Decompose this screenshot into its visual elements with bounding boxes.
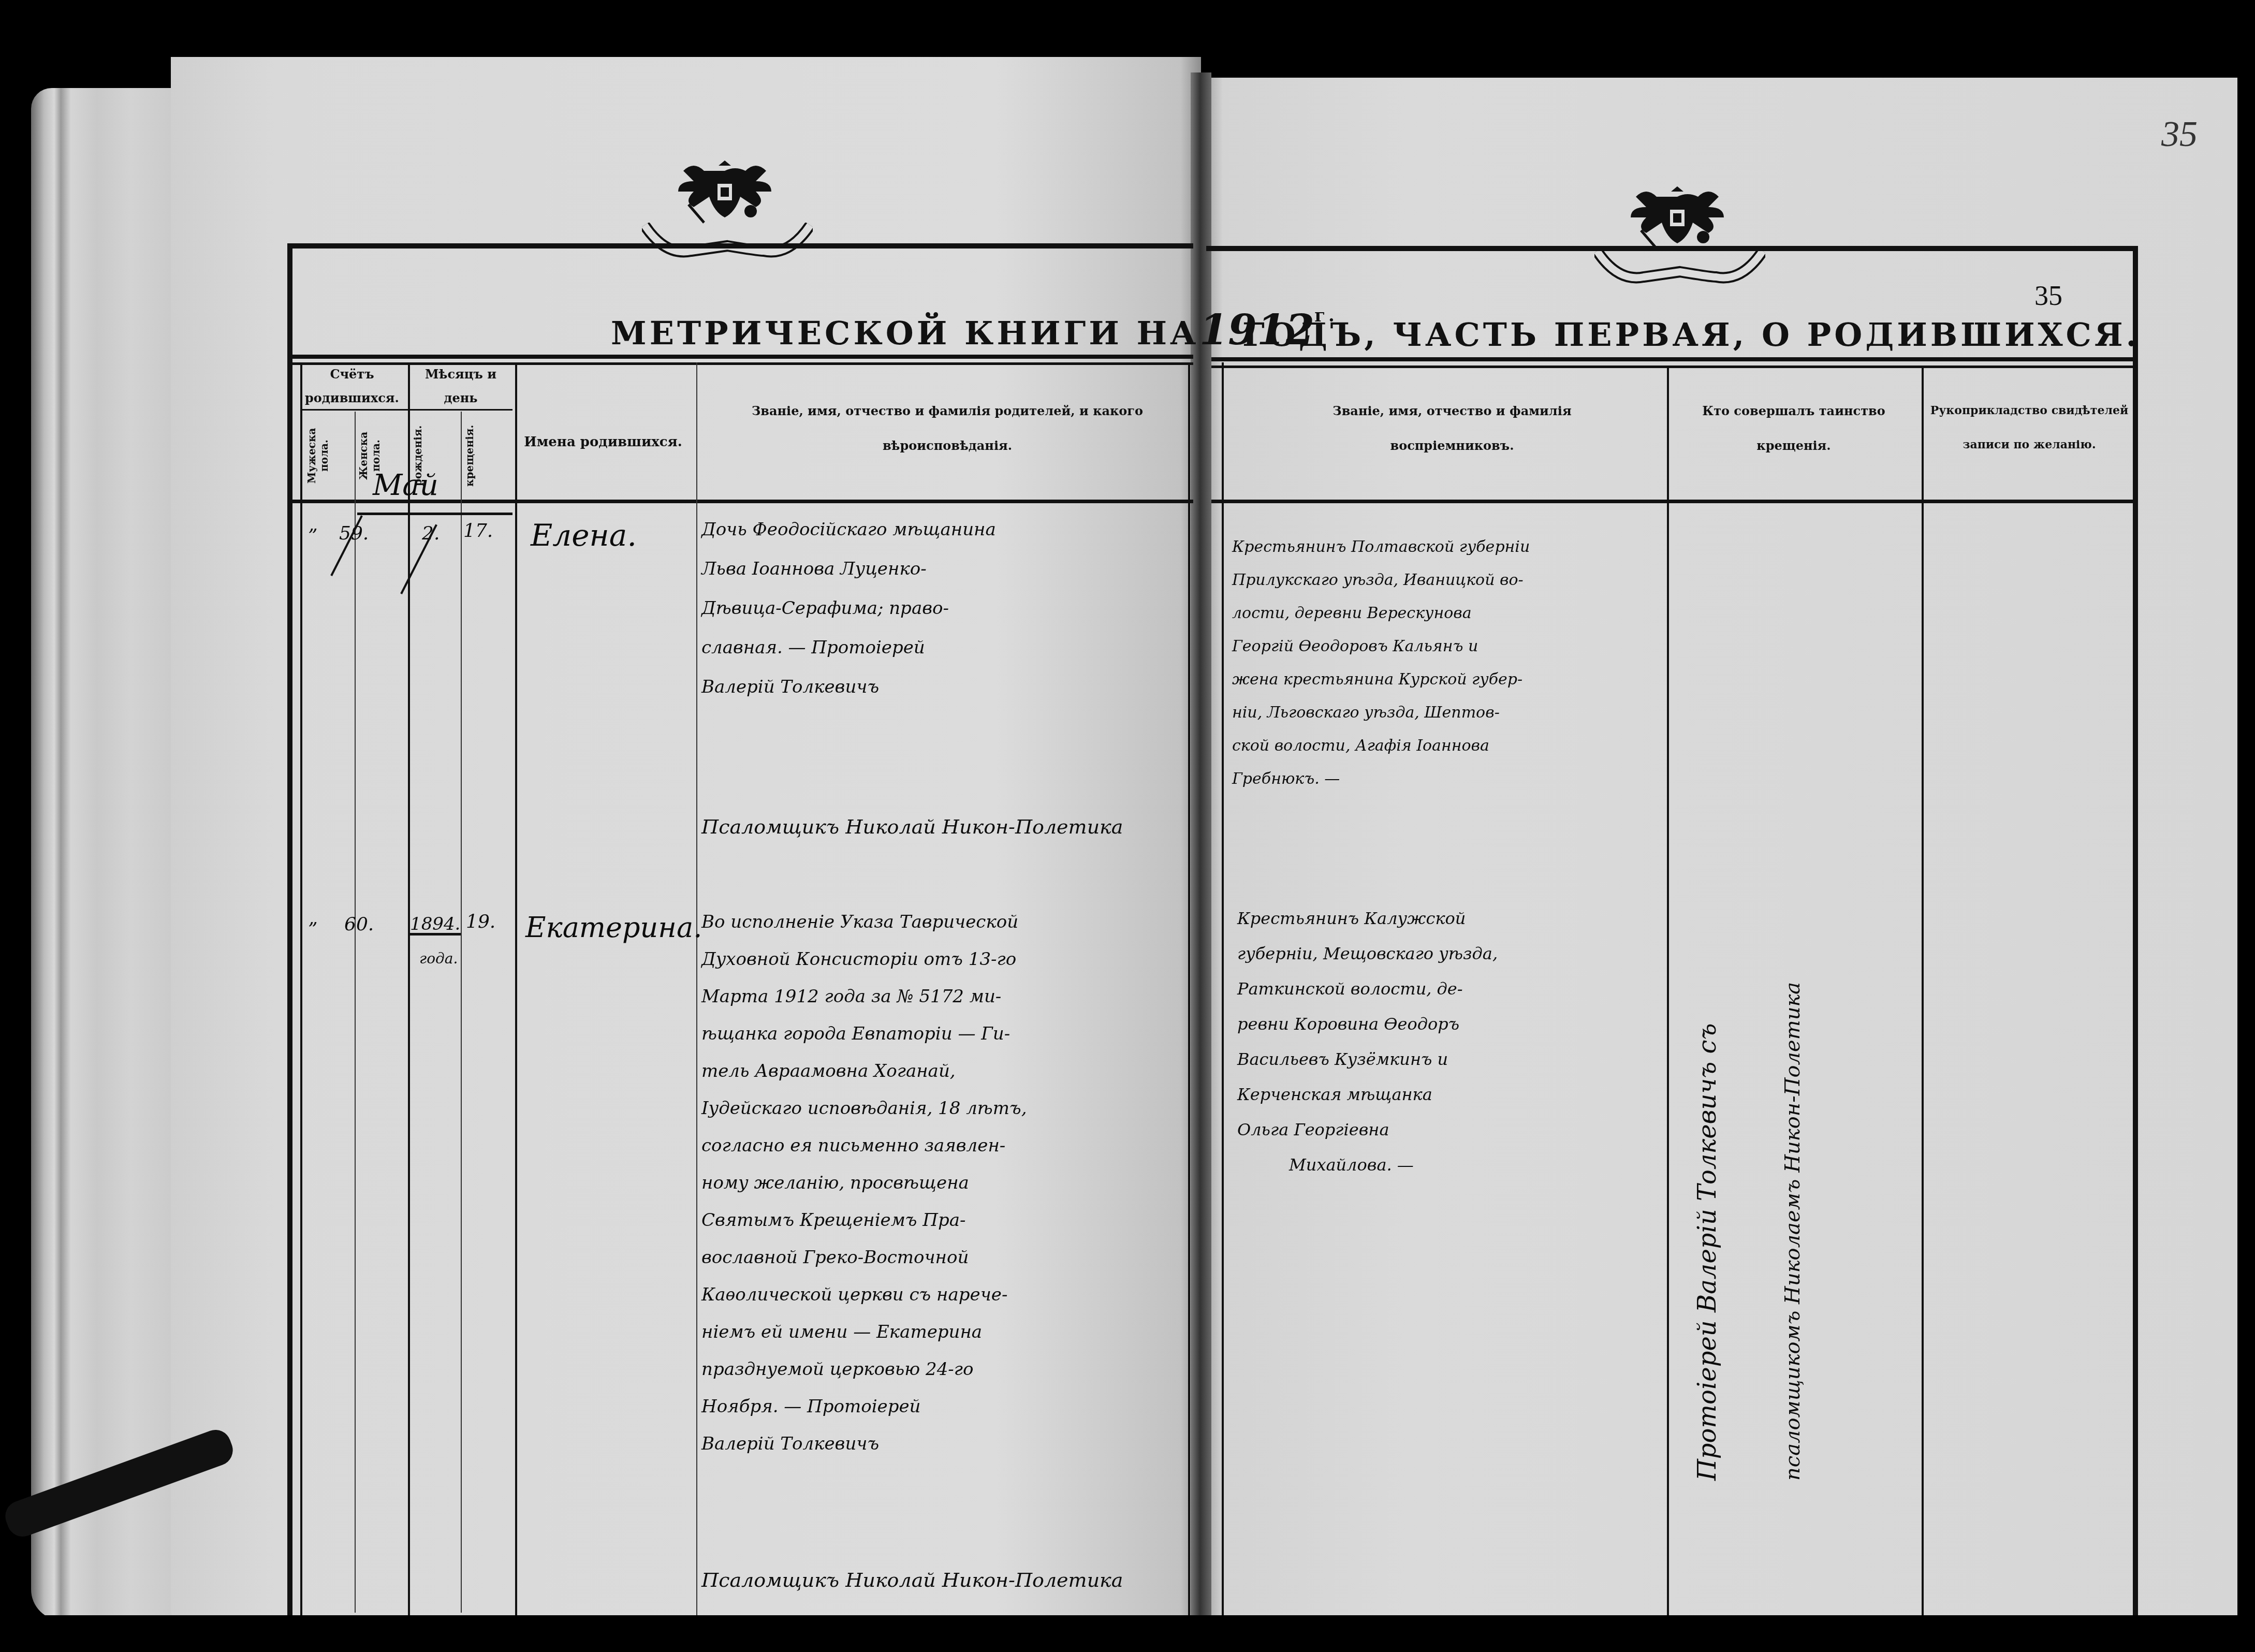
- text-line: Марта 1912 года за № 5172 ми-: [701, 978, 1188, 1015]
- subheader-rule: [300, 409, 512, 411]
- record-baptism-day: 19.: [466, 911, 495, 932]
- text-line: ніемъ ей имени — Екатерина: [701, 1313, 1188, 1351]
- month-underline: [357, 513, 512, 515]
- col-divider: [1188, 362, 1190, 1615]
- record-birth-year-note: года.: [419, 950, 458, 967]
- col-divider: [515, 362, 517, 1615]
- text-line: ѣщанка города Евпаторіи — Ги-: [701, 1015, 1188, 1052]
- record-female-count: 60.: [344, 914, 374, 935]
- col-divider: [696, 362, 697, 1615]
- text-line: Гребнюкъ. —: [1232, 763, 1662, 796]
- record-godparents-text: Крестьянинъ Калужской губерніи, Мещовска…: [1237, 901, 1662, 1182]
- text-line: Раткинской волости, де-: [1237, 971, 1662, 1006]
- text-line: Георгій Өеодоровъ Кальянъ и: [1232, 630, 1662, 663]
- record-baptism-day: 17.: [463, 520, 493, 542]
- title-prefix: МЕТРИЧЕСКОЙ КНИГИ НА: [611, 314, 1199, 352]
- record-male-count: ”: [308, 525, 317, 547]
- col-divider: [355, 412, 356, 1613]
- col-header-baptism: крещенія.: [463, 417, 510, 494]
- col-divider: [408, 362, 410, 1615]
- text-line: Дѣвица-Серафима; право-: [701, 589, 1188, 628]
- text-line: Керченская мѣщанка: [1237, 1077, 1662, 1112]
- text-line: Дочь Феодосійскаго мѣщанина: [701, 510, 1188, 549]
- record-male-count: ”: [308, 919, 317, 940]
- col-header-male: Мужеска пола.: [305, 417, 352, 494]
- title-rule-left: [292, 355, 1193, 359]
- text-line: празднуемой церковью 24-го: [701, 1351, 1188, 1388]
- text-line: лости, деревни Верескунова: [1232, 597, 1662, 630]
- text-line: Іудейскаго исповѣданія, 18 лѣтъ,: [701, 1090, 1188, 1127]
- record-child-name: Екатерина.: [525, 911, 702, 944]
- col-divider: [2133, 362, 2137, 1615]
- birth-underline: [409, 933, 461, 935]
- text-line: ской волости, Агафія Іоаннова: [1232, 729, 1662, 763]
- text-line: Крестьянинъ Калужской: [1237, 901, 1662, 936]
- priest-signature-vertical: Протоіерей Валерій Толкевичъ съ: [1693, 518, 1722, 1481]
- text-line: славная. — Протоіерей: [701, 628, 1188, 667]
- text-line: Валерій Толкевичъ: [701, 667, 1188, 707]
- scan-border-bottom: [0, 1615, 2255, 1652]
- col-divider: [1222, 362, 1224, 1615]
- page-number-handwritten: 35: [2161, 114, 2198, 155]
- text-line: Во исполненіе Указа Таврической: [701, 903, 1188, 941]
- text-line: согласно ея письменно заявлен-: [701, 1127, 1188, 1164]
- text-line: ніи, Льговскаго уѣзда, Шептов-: [1232, 696, 1662, 729]
- col-header-names: Имена родившихся.: [518, 430, 689, 455]
- text-line: Крестьянинъ Полтавской губерніи: [1232, 531, 1662, 564]
- text-line: Прилукскаго уѣзда, Иваницкой во-: [1232, 564, 1662, 597]
- text-line: Ольга Георгіевна: [1237, 1112, 1662, 1147]
- col-divider: [461, 412, 462, 1613]
- title-rule-right-2: [1211, 366, 2133, 368]
- text-line: Михайлова. —: [1237, 1147, 1662, 1182]
- text-line: жена крестьянина Курской губер-: [1232, 663, 1662, 696]
- text-line: Духовной Консисторіи отъ 13-го: [701, 941, 1188, 978]
- col-header-parents: Званіе, имя, отчество и фамилія родителе…: [704, 393, 1191, 463]
- clerk-signature: Псаломщикъ Николай Никон-Полетикa: [701, 815, 1123, 838]
- record-godparents-text: Крестьянинъ Полтавской губерніи Прилукск…: [1232, 531, 1662, 796]
- text-line: губерніи, Мещовскаго уѣзда,: [1237, 936, 1662, 971]
- clerk-signature: Псаломщикъ Николай Никон-Полетикa: [701, 1569, 1123, 1591]
- col-header-priest: Кто совершалъ таинство крещенія.: [1670, 393, 1918, 463]
- col-header-count-group: Счётъ родившихся.: [298, 362, 406, 410]
- col-divider: [1922, 368, 1924, 1615]
- col-header-witness: Рукоприкладство свидѣтелей записи по жел…: [1926, 393, 2133, 462]
- book-title-right: ГОДЪ, ЧАСТЬ ПЕРВАЯ, О РОДИВШИХСЯ.: [1242, 316, 2140, 354]
- text-line: ному желанію, просвѣщена: [701, 1164, 1188, 1202]
- col-divider: [1667, 368, 1669, 1615]
- record-child-name: Елена.: [531, 518, 637, 553]
- col-header-month-day-group: Мѣсяцъ и день: [409, 362, 512, 410]
- record-parents-text: Дочь Феодосійскаго мѣщанина Льва Іоаннов…: [701, 510, 1188, 707]
- record-parents-text: Во исполненіе Указа Таврической Духовной…: [701, 903, 1188, 1463]
- text-line: Васильевъ Кузёмкинъ и: [1237, 1042, 1662, 1077]
- clerk-signature-vertical: псаломщикомъ Николаемъ Никон-Полетикa: [1781, 518, 1805, 1481]
- record-birth-date: 1894.: [410, 914, 460, 934]
- text-line: Валерій Толкевичъ: [701, 1425, 1188, 1463]
- text-line: вославной Греко-Восточной: [701, 1239, 1188, 1276]
- text-line: Святымъ Крещеніемъ Пра-: [701, 1202, 1188, 1239]
- text-line: ревни Коровина Өеодоръ: [1237, 1006, 1662, 1042]
- col-divider: [300, 362, 302, 1615]
- text-line: Каѳолической церкви съ нарече-: [701, 1276, 1188, 1313]
- col-header-godparents: Званіе, имя, отчество и фамилія воспріем…: [1242, 393, 1662, 463]
- text-line: Ноября. — Протоіерей: [701, 1388, 1188, 1425]
- text-line: тель Авраамовна Хоганай,: [701, 1052, 1188, 1090]
- month-heading: Май: [373, 469, 438, 502]
- book-title-left: МЕТРИЧЕСКОЙ КНИГИ НА1912г.: [611, 305, 1338, 354]
- header-bottom-rule-right: [1211, 500, 2133, 503]
- double-headed-eagle-icon: [673, 155, 777, 233]
- title-rule-right: [1211, 357, 2133, 361]
- text-line: Льва Іоаннова Луценко-: [701, 549, 1188, 589]
